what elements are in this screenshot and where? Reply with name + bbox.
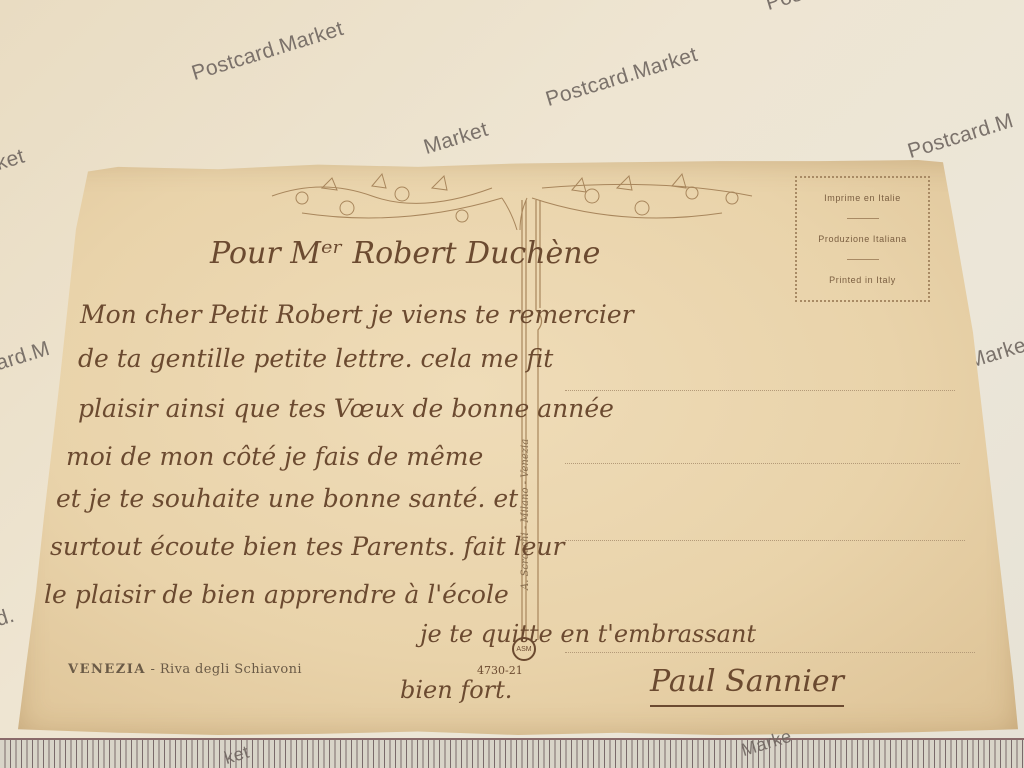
address-line: [565, 463, 960, 464]
handwritten-line: je te quitte en t'embrassant: [420, 620, 756, 648]
address-line: [565, 390, 955, 391]
watermark-text: Postcard.M: [905, 109, 1016, 164]
watermark-text: Post: [763, 0, 811, 16]
stamp-box-rule: [847, 259, 879, 260]
address-line: [565, 540, 965, 541]
handwritten-line: et je te souhaite une bonne santé. et: [56, 484, 518, 513]
caption-separator: -: [151, 662, 156, 677]
stamp-box: Imprime en Italie Produzione Italiana Pr…: [795, 176, 930, 302]
handwritten-line: plaisir ainsi que tes Vœux de bonne anné…: [78, 394, 614, 423]
stamp-box-line-2: Produzione Italiana: [818, 234, 906, 244]
handwritten-line: Mon cher Petit Robert je viens te remerc…: [80, 300, 634, 329]
handwritten-line: bien fort.: [400, 676, 512, 704]
handwritten-signature: Paul Sannier: [650, 664, 844, 707]
handwritten-line: le plaisir de bien apprendre à l'école: [44, 580, 509, 609]
postcard-caption: VENEZIA - Riva degli Schiavoni: [68, 662, 302, 677]
handwritten-line: moi de mon côté je fais de même: [66, 442, 483, 471]
watermark-text: ard.M: [0, 337, 53, 376]
handwritten-address: Pour Mᵉʳ Robert Duchène: [210, 236, 600, 271]
ruler: [0, 738, 1024, 768]
watermark-text: Market: [421, 118, 491, 160]
watermark-text: Postcard.Market: [543, 43, 701, 112]
caption-place: VENEZIA: [68, 662, 146, 677]
stamp-box-line-3: Printed in Italy: [829, 275, 896, 285]
floral-ornament-icon: [262, 168, 762, 230]
watermark-text: ket: [0, 145, 28, 176]
card-code: 4730-21: [477, 664, 523, 677]
watermark-text: d.: [0, 604, 17, 632]
handwritten-line: surtout écoute bien tes Parents. fait le…: [50, 532, 564, 561]
publisher-seal-icon: ASM: [512, 637, 536, 661]
stamp-box-rule: [847, 218, 879, 219]
address-line: [565, 652, 975, 653]
handwritten-line: de ta gentille petite lettre. cela me fi…: [78, 344, 553, 373]
stamp-box-line-1: Imprime en Italie: [824, 193, 901, 203]
watermark-text: Postcard.Market: [189, 17, 347, 86]
caption-location: Riva degli Schiavoni: [160, 662, 302, 677]
publisher-credit: A. Scrocchi - Milano - Venezia: [520, 439, 531, 590]
